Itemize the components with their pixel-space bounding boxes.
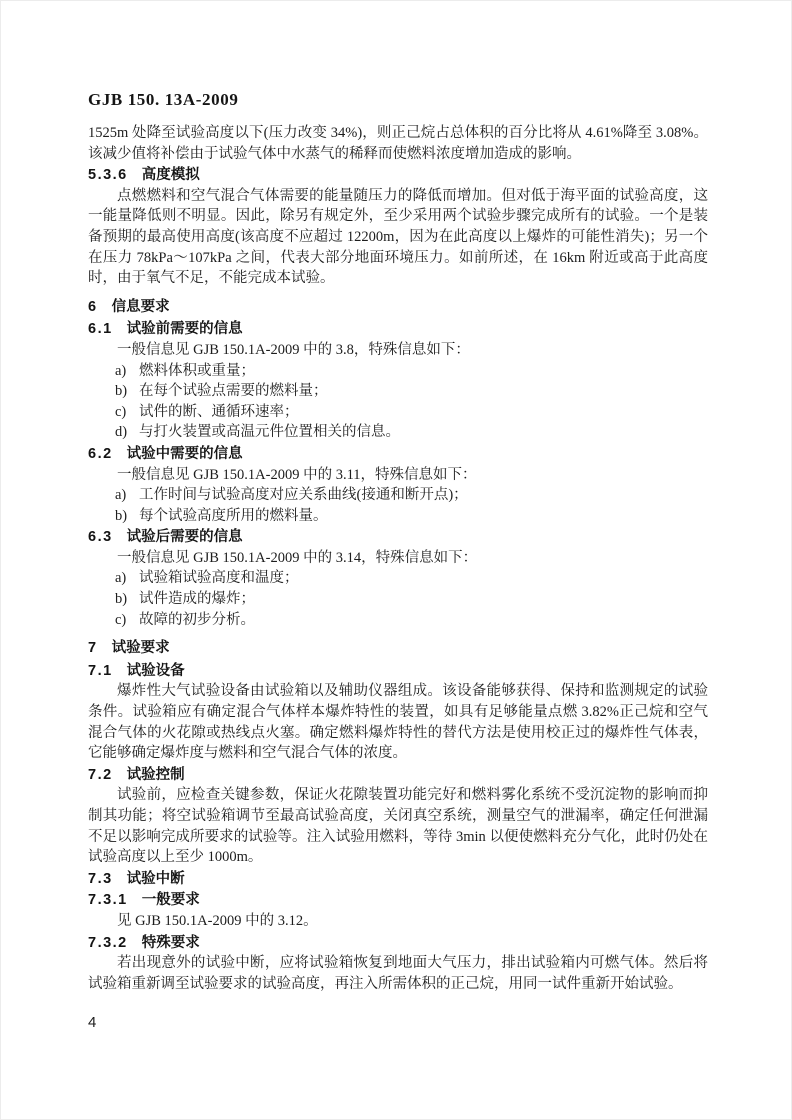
list-marker: a) bbox=[115, 568, 139, 589]
section-title: 试验后需要的信息 bbox=[127, 529, 243, 545]
section-number: 6 bbox=[88, 299, 98, 315]
section-number: 5.3.6 bbox=[88, 167, 128, 183]
section-title: 试验控制 bbox=[127, 767, 185, 783]
section-heading-7-1: 7.1试验设备 bbox=[88, 661, 708, 682]
list-item-text: 在每个试验点需要的燃料量； bbox=[139, 381, 708, 402]
page-number: 4 bbox=[88, 1014, 96, 1031]
section-heading-7-3-1: 7.3.1一般要求 bbox=[88, 890, 708, 911]
section-title: 一般要求 bbox=[142, 892, 200, 908]
paragraph-7-3-2: 若出现意外的试验中断，应将试验箱恢复到地面大气压力，排出试验箱内可燃气体。然后将… bbox=[88, 953, 708, 994]
list-marker: a) bbox=[115, 485, 139, 506]
section-title: 试验中断 bbox=[127, 871, 185, 887]
section-heading-6: 6信息要求 bbox=[88, 297, 708, 318]
section-number: 7.3 bbox=[88, 871, 113, 887]
list-item-text: 每个试验高度所用的燃料量。 bbox=[139, 506, 708, 527]
list-item: b)试件造成的爆炸； bbox=[115, 589, 708, 610]
section-number: 7.2 bbox=[88, 767, 113, 783]
section-title: 信息要求 bbox=[112, 299, 170, 315]
page-content: GJB 150. 13A-2009 1525m 处降至试验高度以下(压力改变 3… bbox=[88, 90, 708, 994]
section-heading-7-3-2: 7.3.2特殊要求 bbox=[88, 933, 708, 954]
list-item: a)试验箱试验高度和温度； bbox=[115, 568, 708, 589]
list-item: a)燃料体积或重量； bbox=[115, 361, 708, 382]
section-heading-6-1: 6.1试验前需要的信息 bbox=[88, 319, 708, 340]
list-item: c)故障的初步分析。 bbox=[115, 610, 708, 631]
list-item: b)在每个试验点需要的燃料量； bbox=[115, 381, 708, 402]
section-heading-6-3: 6.3试验后需要的信息 bbox=[88, 527, 708, 548]
section-number: 7.3.1 bbox=[88, 892, 128, 908]
list-item-text: 试验箱试验高度和温度； bbox=[139, 568, 708, 589]
paragraph-6-3-intro: 一般信息见 GJB 150.1A-2009 中的 3.14，特殊信息如下： bbox=[88, 548, 708, 569]
section-heading-5-3-6: 5.3.6高度模拟 bbox=[88, 165, 708, 186]
list-marker: b) bbox=[115, 506, 139, 527]
section-title: 特殊要求 bbox=[142, 935, 200, 951]
paragraph-6-2-intro: 一般信息见 GJB 150.1A-2009 中的 3.11，特殊信息如下： bbox=[88, 465, 708, 486]
list-marker: a) bbox=[115, 361, 139, 382]
section-number: 6.3 bbox=[88, 529, 113, 545]
section-title: 试验要求 bbox=[112, 640, 170, 656]
list-item: d)与打火装置或高温元件位置相关的信息。 bbox=[115, 422, 708, 443]
paragraph-6-1-intro: 一般信息见 GJB 150.1A-2009 中的 3.8，特殊信息如下： bbox=[88, 340, 708, 361]
list-item: c)试件的断、通循环速率； bbox=[115, 402, 708, 423]
section-heading-6-2: 6.2试验中需要的信息 bbox=[88, 444, 708, 465]
list-marker: b) bbox=[115, 589, 139, 610]
paragraph-7-2: 试验前，应检查关键参数，保证火花隙装置功能完好和燃料雾化系统不受沉淀物的影响而抑… bbox=[88, 785, 708, 867]
paragraph-5-3-6: 点燃燃料和空气混合气体需要的能量随压力的降低而增加。但对低于海平面的试验高度，这… bbox=[88, 186, 708, 289]
list-item-text: 试件造成的爆炸； bbox=[139, 589, 708, 610]
list-item-text: 故障的初步分析。 bbox=[139, 610, 708, 631]
doc-code: GJB 150. 13A-2009 bbox=[88, 90, 708, 110]
list-item: b)每个试验高度所用的燃料量。 bbox=[115, 506, 708, 527]
section-heading-7: 7试验要求 bbox=[88, 638, 708, 659]
list-item-text: 试件的断、通循环速率； bbox=[139, 402, 708, 423]
paragraph-continuation: 1525m 处降至试验高度以下(压力改变 34%)，则正己烷占总体积的百分比将从… bbox=[88, 123, 708, 164]
section-heading-7-3: 7.3试验中断 bbox=[88, 869, 708, 890]
section-number: 7.1 bbox=[88, 663, 113, 679]
section-title: 试验设备 bbox=[127, 663, 185, 679]
list-item-text: 工作时间与试验高度对应关系曲线(接通和断开点)； bbox=[139, 485, 708, 506]
list-item-text: 燃料体积或重量； bbox=[139, 361, 708, 382]
list-item: a)工作时间与试验高度对应关系曲线(接通和断开点)； bbox=[115, 485, 708, 506]
section-number: 7.3.2 bbox=[88, 935, 128, 951]
section-heading-7-2: 7.2试验控制 bbox=[88, 765, 708, 786]
list-marker: c) bbox=[115, 610, 139, 631]
section-number: 7 bbox=[88, 640, 98, 656]
list-marker: c) bbox=[115, 402, 139, 423]
section-title: 试验中需要的信息 bbox=[127, 446, 243, 462]
paragraph-7-3-1: 见 GJB 150.1A-2009 中的 3.12。 bbox=[88, 911, 708, 932]
section-number: 6.1 bbox=[88, 321, 113, 337]
list-item-text: 与打火装置或高温元件位置相关的信息。 bbox=[139, 422, 708, 443]
section-title: 试验前需要的信息 bbox=[127, 321, 243, 337]
section-title: 高度模拟 bbox=[142, 167, 200, 183]
list-marker: d) bbox=[115, 422, 139, 443]
document-page: GJB 150. 13A-2009 1525m 处降至试验高度以下(压力改变 3… bbox=[0, 0, 792, 1120]
list-marker: b) bbox=[115, 381, 139, 402]
section-number: 6.2 bbox=[88, 446, 113, 462]
paragraph-7-1: 爆炸性大气试验设备由试验箱以及辅助仪器组成。该设备能够获得、保持和监测规定的试验… bbox=[88, 681, 708, 763]
